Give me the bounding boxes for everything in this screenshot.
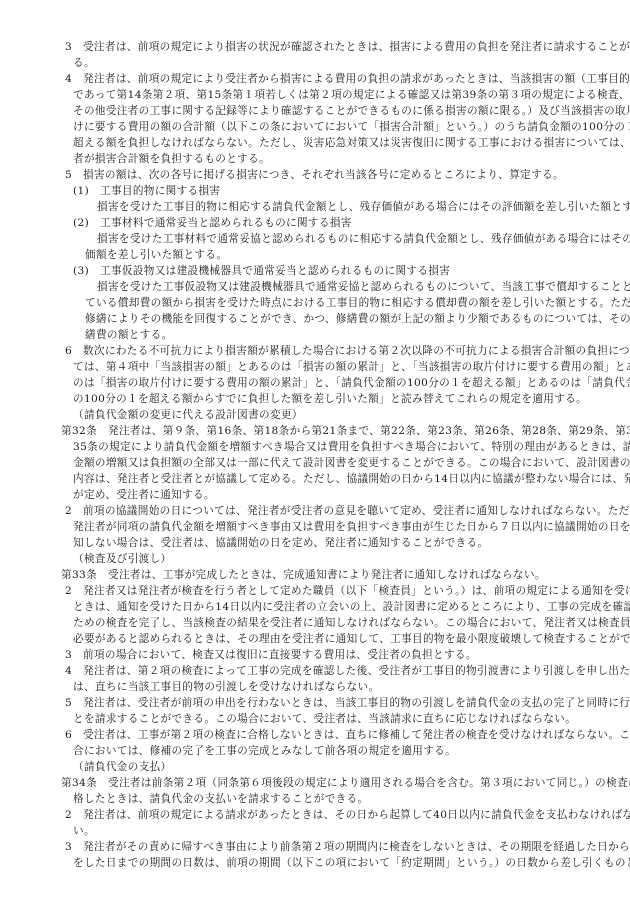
text-line: 金額の増額又は負担額の全部又は一部に代えて設計図書を変更することができる。この場… [73, 455, 630, 471]
text-line: が定め、受注者に通知する。 [73, 487, 215, 503]
text-line: 合においては、修補の完了を工事の完成とみなして前各項の規定を適用する。 [73, 743, 456, 759]
text-line: 4 発注者は、前項の規定により受注者から損害による費用の負担の請求があったときは… [65, 71, 630, 87]
text-line: のは「損害の取片付けに要する費用の額の累計」と、「請負代金額の100分の１を超え… [73, 375, 630, 391]
text-line: 5 損害の額は、次の各号に掲げる損害につき、それぞれ当該各号に定めるところにより… [65, 167, 564, 183]
text-line: ては、第４項中「当該損害の額」とあるのは「損害の額の累計」と、「当該損害の取片付… [73, 359, 630, 375]
text-line: 知しない場合は、受注者は、協議開始の日を定め、発注者に通知することができる。 [73, 535, 488, 551]
text-line: (3) 工事仮設物又は建設機械器具で通常妥当と認められるものに関する損害 [73, 263, 450, 279]
text-line: であって第14条第２項、第15条第１項若しくは第２項の規定による確認又は第39条… [73, 87, 630, 103]
text-line: けに要する費用の額の合計額（以下この条においてにおいて「損害合計額」という。）の… [73, 119, 630, 135]
text-line: 3 前項の場合において、検査又は復旧に直接要する費用は、受注者の負担とする。 [65, 647, 477, 663]
text-line: 格したときは、請負代金の支払いを請求することができる。 [73, 791, 368, 807]
text-line: 価額を差し引いた額とする。 [85, 247, 227, 263]
text-line: 損害を受けた工事仮設物又は建設機械器具で通常妥協と認められるものについて、当該工… [97, 279, 630, 295]
text-line: 繕費の額とする。 [85, 327, 173, 343]
text-line: 3 発注者がその責めに帰すべき事由により前条第２項の期間内に検査をしないときは、… [65, 839, 630, 855]
text-line: （請負代金の支払） [73, 759, 172, 775]
text-line: その他受注者の工事に関する記録等により確認することができるものに係る損害の額に限… [73, 103, 630, 119]
text-line: ている償却費の額から損害を受けた時点における工事目的物に相応する償却費の額を差し… [85, 295, 630, 311]
text-line: （請負代金額の変更に代える設計図書の変更） [73, 407, 303, 423]
text-line: の100分の１を超える額からすでに負担した額を差し引いた額」と読み替えてこれらの… [73, 391, 587, 407]
text-line: 35条の規定により請負代金額を増額すべき場合又は費用を負担すべき場合において、特… [73, 439, 630, 455]
text-line: とを請求することができる。この場合において、受注者は、当該請求に直ちに応じなけれ… [73, 711, 576, 727]
text-line: い。 [73, 823, 95, 839]
text-line: 発注者が同項の請負代金額を増額すべき事由又は費用を負担すべき事由が生じた日から７… [73, 519, 630, 535]
text-line: (1) 工事目的物に関する損害 [73, 183, 220, 199]
text-line: 2 発注者は、前項の規定による請求があったときは、その日から起算して40日以内に… [65, 807, 630, 823]
text-line: 者が損害合計額を負担するものとする。 [73, 151, 270, 167]
text-line: る。 [73, 55, 95, 71]
text-line: 損害を受けた工事材料で通常妥協と認められるものに相応する請負代金額とし、残存価値… [97, 231, 630, 247]
text-line: （検査及び引渡し） [73, 551, 172, 567]
text-line: は、直ちに当該工事目的物の引渡しを受けなければならない。 [73, 679, 379, 695]
text-line: 第32条 発注者は、第９条、第16条、第18条から第21条まで、第22条、第23… [61, 423, 630, 439]
text-line: をした日までの期間の日数は、前項の期間（以下この項において「約定期間」という。）… [73, 855, 630, 871]
text-line: 超える額を負担しなければならない。ただし、災害応急対策又は災害復旧に関する工事に… [73, 135, 630, 151]
text-line: 修繕によりその機能を回復することができ、かつ、修繕費の額が上記の額より少額である… [85, 311, 630, 327]
text-line: 5 発注者は、受注者が前項の申出を行わないときは、当該工事目的物の引渡しを請負代… [65, 695, 630, 711]
text-line: 3 受注者は、前項の規定により損害の状況が確認されたときは、損害による費用の負担… [65, 39, 630, 55]
text-line: 損害を受けた工事目的物に相応する請負代金額とし、残存価値がある場合にはその評価額… [97, 199, 630, 215]
text-line: 4 発注者は、第２項の検査によって工事の完成を確認した後、受注者が工事目的物引渡… [65, 663, 630, 679]
text-line: ための検査を完了し、当該検査の結果を受注者に通知しなければならない。この場合にお… [73, 615, 630, 631]
text-line: 内容は、発注者と受注者とが協議して定める。ただし、協議開始の日から14日以内に協… [73, 471, 630, 487]
text-line: 第33条 受注者は、工事が完成したときは、完成通知書により発注者に通知しなければ… [61, 567, 546, 583]
text-line: ときは、通知を受けた日から14日以内に受注者の立会いの上、設計図書に定めるところ… [73, 599, 630, 615]
text-line: 6 受注者は、工事が第２項の検査に合格しないときは、直ちに修補して発注者の検査を… [65, 727, 630, 743]
text-line: (2) 工事材料で通常妥当と認められるものに関する損害 [73, 215, 352, 231]
text-line: 6 数次にわたる不可抗力により損害額が累積した場合における第２次以降の不可抗力に… [65, 343, 630, 359]
text-line: 必要があると認められるときは、その理由を受注者に通知して、工事目的物を最小限度破… [73, 631, 630, 647]
text-line: 2 前項の協議開始の日については、発注者が受注者の意見を聴いて定め、受注者に通知… [65, 503, 630, 519]
document-page: 3 受注者は、前項の規定により損害の状況が確認されたときは、損害による費用の負担… [0, 0, 630, 903]
text-line: 2 発注者又は発注者が検査を行う者として定めた職員（以下「検査員」という。）は、… [65, 583, 630, 599]
text-line: 第34条 受注者は前条第２項（同条第６項後段の規定により適用される場合を含む。第… [61, 775, 630, 791]
